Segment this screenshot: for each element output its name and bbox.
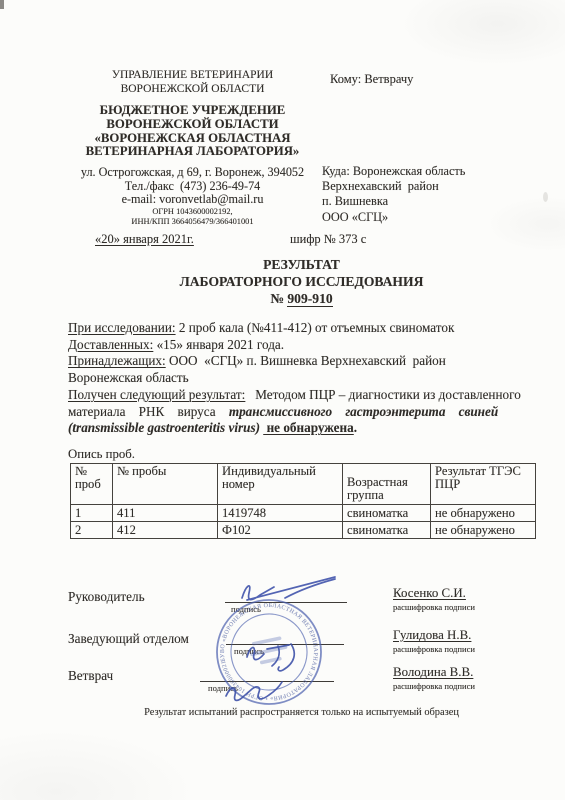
samples-table: № проб № пробы Индивидуальный номер Возр… xyxy=(70,463,536,539)
institution-name: БЮДЖЕТНОЕ УЧРЕЖДЕНИЕ ВОРОНЕЖСКОЙ ОБЛАСТИ… xyxy=(75,104,310,159)
signer-role: Руководитель xyxy=(68,589,145,605)
signature-stroke-vet xyxy=(226,682,282,700)
signature-stroke-director xyxy=(242,577,335,600)
cell-individual-no: Ф102 xyxy=(218,522,343,539)
signer-name: Гулидова Н.В. xyxy=(393,628,471,642)
destination-block: Куда: Воронежская область Верхнехавский … xyxy=(322,164,465,225)
name-caption: расшифровка подписи xyxy=(393,644,475,654)
title-line: РЕЗУЛЬТАТ xyxy=(68,257,535,274)
col-header-age-group: Возрастная группа xyxy=(343,464,431,505)
destination-line: п. Вишневка xyxy=(322,194,465,209)
footer-note: Результат испытаний распространяется тол… xyxy=(68,707,535,718)
destination-line: ООО «СГЦ» xyxy=(322,210,465,225)
signer-name: Володина В.В. xyxy=(393,665,473,679)
cipher-number: шифр № 373 с xyxy=(290,232,366,247)
institution-address: ул. Острогожская, д 69, г. Воронеж, 3940… xyxy=(60,166,325,226)
cell-individual-no: 1419748 xyxy=(218,505,343,522)
period: . xyxy=(354,420,357,435)
signer-name-block: Володина В.В. расшифровка подписи xyxy=(393,665,475,691)
document-page: УПРАВЛЕНИЕ ВЕТЕРИНАРИИ ВОРОНЕЖСКОЙ ОБЛАС… xyxy=(0,0,565,800)
result-text: материала РНК вируса xyxy=(68,404,229,419)
institution-line: ВОРОНЕЖСКОЙ ОБЛАСТИ xyxy=(75,118,310,132)
institution-line: ВЕТЕРИНАРНАЯ ЛАБОРАТОРИЯ» xyxy=(75,145,310,159)
result-line1: Получен следующий результат: Методом ПЦР… xyxy=(68,387,535,404)
cell-sample-index: 1 xyxy=(71,505,113,522)
delivered-label: Доставленных: xyxy=(68,337,153,352)
institution-line: «ВОРОНЕЖСКАЯ ОБЛАСТНАЯ xyxy=(75,132,310,146)
phone-line: Тел./факс (473) 236-49-74 xyxy=(60,180,325,194)
signer-role: Заведующий отделом xyxy=(68,631,189,647)
cell-result: не обнаружено xyxy=(431,522,536,539)
research-label: При исследовании: xyxy=(68,320,176,335)
destination-line: Куда: Воронежская область xyxy=(322,164,465,179)
document-title: РЕЗУЛЬТАТ ЛАБОРАТОРНОГО ИССЛЕДОВАНИЯ № 9… xyxy=(68,257,535,307)
cell-sample-no: 411 xyxy=(113,505,218,522)
research-line: При исследовании: 2 проб кала (№411-412)… xyxy=(68,320,535,337)
signer-name: Косенко С.И. xyxy=(393,586,466,600)
email-line: e-mail: voronvetlab@mail.ru xyxy=(60,193,325,207)
result-line3: (transmissible gastroenteritis virus) не… xyxy=(68,420,535,437)
disease-name-lat: (transmissible gastroenteritis virus) xyxy=(68,420,263,435)
belongs-label: Принадлежащих: xyxy=(68,353,166,368)
pen-signatures xyxy=(185,565,400,710)
cell-result: не обнаружено xyxy=(431,505,536,522)
addressee-line: Кому: Ветврачу xyxy=(330,72,413,87)
cell-sample-no: 412 xyxy=(113,522,218,539)
result-verdict: не обнаружена xyxy=(263,420,353,435)
result-line2: материала РНК вируса трансмиссивного гас… xyxy=(68,404,535,421)
delivered-text: «15» января 2021 года. xyxy=(153,337,284,352)
address-line: ул. Острогожская, д 69, г. Воронеж, 3940… xyxy=(60,166,325,180)
col-header-sample-no: № пробы xyxy=(113,464,218,505)
cell-sample-index: 2 xyxy=(71,522,113,539)
cell-age-group: свиноматка xyxy=(343,522,431,539)
signature-stroke-head xyxy=(247,644,294,671)
research-text: 2 проб кала (№411-412) от отъемных свино… xyxy=(176,320,455,335)
ogrn-line: ОГРН 1043600002192, xyxy=(60,207,325,217)
table-row: 1 411 1419748 свиноматка не обнаружено xyxy=(71,505,536,522)
scan-artifact-corner xyxy=(0,0,4,9)
institution-line: БЮДЖЕТНОЕ УЧРЕЖДЕНИЕ xyxy=(75,104,310,118)
belongs-text: ООО «СГЦ» п. Вишневка Верхнехавский райо… xyxy=(166,353,446,368)
table-row: 2 412 Ф102 свиноматка не обнаружено xyxy=(71,522,536,539)
title-number-line: № 909-910 xyxy=(68,291,535,308)
result-body: При исследовании: 2 проб кала (№411-412)… xyxy=(68,320,535,437)
col-header-sample-index: № проб xyxy=(71,464,113,505)
number-prefix: № xyxy=(270,291,287,306)
belongs-line: Принадлежащих: ООО «СГЦ» п. Вишневка Вер… xyxy=(68,353,535,370)
department-header: УПРАВЛЕНИЕ ВЕТЕРИНАРИИ ВОРОНЕЖСКОЙ ОБЛАС… xyxy=(90,69,295,96)
department-line: ВОРОНЕЖСКОЙ ОБЛАСТИ xyxy=(90,83,295,97)
signer-role: Ветврач xyxy=(68,668,113,684)
result-text: Методом ПЦР – диагностики из доставленно… xyxy=(245,387,521,402)
table-header-row: № проб № пробы Индивидуальный номер Возр… xyxy=(71,464,536,505)
signer-name-block: Косенко С.И. расшифровка подписи xyxy=(393,586,475,612)
inventory-caption: Опись проб. xyxy=(68,447,135,462)
scan-artifact-smudge xyxy=(543,192,548,202)
department-line: УПРАВЛЕНИЕ ВЕТЕРИНАРИИ xyxy=(90,69,295,83)
destination-line: Верхнехавский район xyxy=(322,179,465,194)
cell-age-group: свиноматка xyxy=(343,505,431,522)
signer-name-block: Гулидова Н.В. расшифровка подписи xyxy=(393,628,475,654)
document-number: 909-910 xyxy=(287,291,332,307)
title-line: ЛАБОРАТОРНОГО ИССЛЕДОВАНИЯ xyxy=(68,274,535,291)
disease-name-ru: трансмиссивного гастроэнтерита свиней xyxy=(229,404,498,419)
document-date: «20» января 2021г. xyxy=(95,232,194,247)
belongs-line2: Воронежская область xyxy=(68,370,535,387)
result-label: Получен следующий результат: xyxy=(68,387,245,402)
inn-line: ИНН/КПП 3664056479/366401001 xyxy=(60,217,325,227)
name-caption: расшифровка подписи xyxy=(393,681,475,691)
name-caption: расшифровка подписи xyxy=(393,602,475,612)
col-header-result: Результат ТГЭС ПЦР xyxy=(431,464,536,505)
col-header-individual-no: Индивидуальный номер xyxy=(218,464,343,505)
delivered-line: Доставленных: «15» января 2021 года. xyxy=(68,337,535,354)
